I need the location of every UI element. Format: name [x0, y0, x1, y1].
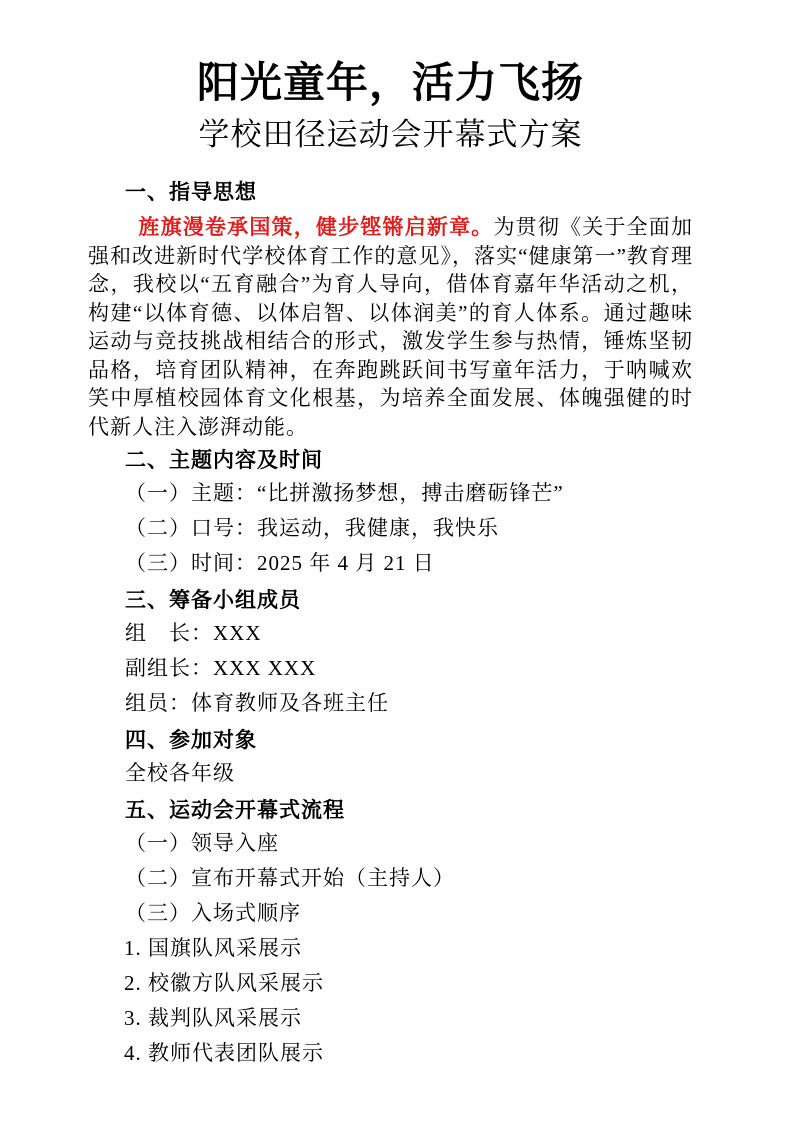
section-4-heading: 四、参加对象 — [88, 726, 693, 756]
red-lead-sentence: 旌旗漫卷承国策，健步铿锵启新章。 — [138, 215, 493, 239]
section-5-item-announcement: （二）宣布开幕式开始（主持人） — [88, 861, 693, 896]
document-page: 阳光童年，活力飞扬 学校田径运动会开幕式方案 一、指导思想 旌旗漫卷承国策，健步… — [0, 0, 793, 1122]
section-5-item-entrance-order: （三）入场式顺序 — [88, 896, 693, 931]
section-4-item-participants: 全校各年级 — [88, 756, 693, 791]
section-1-paragraph: 旌旗漫卷承国策，健步铿锵启新章。为贯彻《关于全面加强和改进新时代学校体育工作的意… — [88, 213, 693, 441]
entrance-list-item-teacher-team: 4. 教师代表团队展示 — [88, 1036, 693, 1071]
section-1-heading: 一、指导思想 — [88, 178, 693, 208]
section-3-item-deputy-leader: 副组长：XXX XXX — [88, 651, 693, 686]
section-5-heading: 五、运动会开幕式流程 — [88, 796, 693, 826]
section-1-body-text: 为贯彻《关于全面加强和改进新时代学校体育工作的意见》，落实“健康第一”教育理念，… — [88, 215, 693, 439]
entrance-list-item-emblem-team: 2. 校徽方队风采展示 — [88, 966, 693, 1001]
entrance-list-item-referee-team: 3. 裁判队风采展示 — [88, 1001, 693, 1036]
section-5-item-seating: （一）领导入座 — [88, 826, 693, 861]
section-3-item-leader: 组 长：XXX — [88, 616, 693, 651]
entrance-list-item-flag-team: 1. 国旗队风采展示 — [88, 931, 693, 966]
section-3-heading: 三、筹备小组成员 — [88, 586, 693, 616]
section-2-heading: 二、主题内容及时间 — [88, 446, 693, 476]
doc-title: 阳光童年，活力飞扬 — [88, 56, 693, 112]
doc-subtitle: 学校田径运动会开幕式方案 — [88, 112, 693, 158]
section-2-item-time: （三）时间：2025 年 4 月 21 日 — [88, 546, 693, 581]
section-3-item-members: 组员：体育教师及各班主任 — [88, 686, 693, 721]
section-2-item-theme: （一）主题：“比拼激扬梦想，搏击磨砺锋芒” — [88, 476, 693, 511]
section-2-item-slogan: （二）口号：我运动，我健康，我快乐 — [88, 511, 693, 546]
